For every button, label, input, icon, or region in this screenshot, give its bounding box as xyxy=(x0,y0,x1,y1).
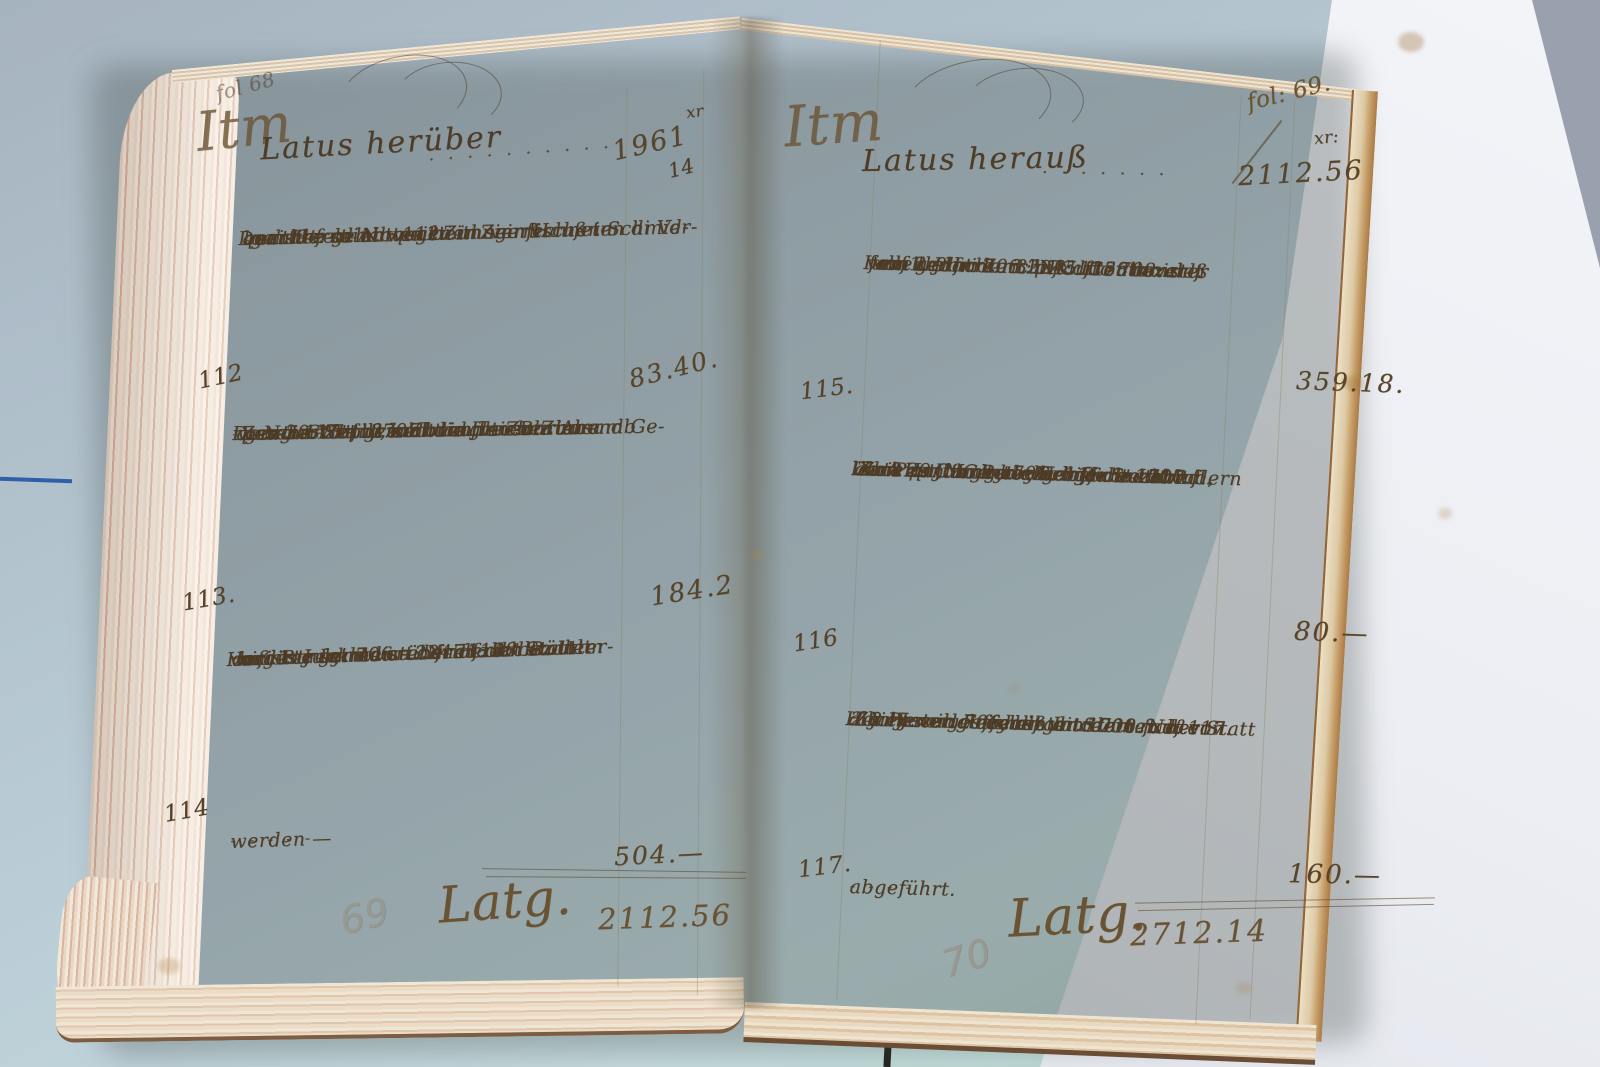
total-amount-right: 2712.14 xyxy=(1129,914,1268,954)
foxing-spot xyxy=(1398,32,1424,52)
foxing-spot xyxy=(1236,982,1252,994)
carried-amount-right: 2112.56 xyxy=(1237,155,1364,193)
foxing-spot xyxy=(1008,684,1020,694)
kreuzer-mark-left: xr xyxy=(685,101,705,122)
entry-amount-114: 504.— xyxy=(613,838,705,872)
entry-amount-116: 80.— xyxy=(1293,617,1369,650)
entry-leader: – – – – – – xyxy=(243,221,362,255)
foxing-spot xyxy=(750,550,764,561)
ledger-photo-scene: fol 68 Itm Latus herüber . . . . . . . .… xyxy=(0,0,1600,1067)
gutter-shadow xyxy=(710,18,784,1008)
leader-dots-right: . . . . . . . xyxy=(1042,157,1169,180)
entry-amount-115: 359.18. xyxy=(1296,366,1406,399)
entry-amount-117: 160.— xyxy=(1288,859,1382,891)
total-label-left: Latg. xyxy=(436,867,573,934)
entry-leader: – – – – – xyxy=(232,416,329,450)
entry-leader: - - - - xyxy=(850,876,916,897)
total-amount-left: 2112.56 xyxy=(597,898,732,937)
total-label-right: Latg. xyxy=(1007,882,1149,949)
foxing-spot xyxy=(158,958,180,974)
foxing-spot xyxy=(1438,508,1452,519)
entry-leader: - - - - - xyxy=(230,828,314,850)
kreuzer-mark-right: xr: xyxy=(1313,127,1340,149)
